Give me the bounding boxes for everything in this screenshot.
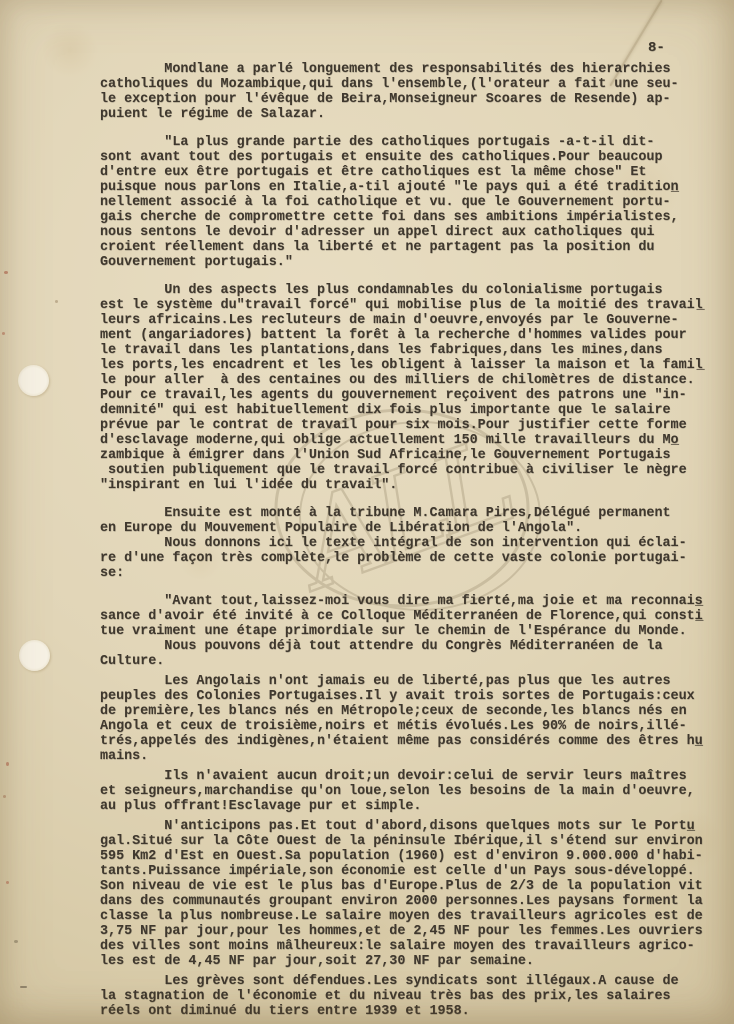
paragraph-portugal-economie: N'anticipons pas.Et tout d'abord,disons … xyxy=(100,819,725,969)
paragraph-quote-catholiques: "La plus grande partie des catholiques p… xyxy=(100,135,725,270)
paper-speck xyxy=(3,795,6,798)
hole-punch-bottom xyxy=(19,640,50,671)
paragraph-angolais-liberte: Les Angolais n'ont jamais eu de liberté,… xyxy=(100,674,725,764)
paragraph-camara-pires: Ensuite est monté à la tribune M.Camara … xyxy=(100,506,725,536)
paragraph-mondlane-hierarchies: Mondlane a parlé longuement des responsa… xyxy=(100,62,725,122)
paper-speck xyxy=(20,986,27,988)
paper-speck xyxy=(2,332,5,335)
paper-speck xyxy=(6,762,9,766)
paragraph-greves-salaires: Les grèves sont défendues.Les syndicats … xyxy=(100,974,725,1019)
page-number: 8- xyxy=(648,40,665,56)
paper-speck xyxy=(6,881,9,884)
paragraph-travail-force: Un des aspects les plus condamnables du … xyxy=(100,283,725,493)
paragraph-esclavage: Ils n'avaient aucun droit;un devoir:celu… xyxy=(100,769,725,814)
hole-punch-top xyxy=(18,365,49,396)
paper-speck xyxy=(55,300,58,303)
document-body: Mondlane a parlé longuement des responsa… xyxy=(100,62,725,1019)
scanned-document-page: ALL 8- Mondlane a parlé longuement des r… xyxy=(0,0,734,1024)
paper-speck xyxy=(4,271,8,274)
paper-speck xyxy=(14,940,18,943)
paragraph-texte-integral: Nous donnons ici le texte intégral de so… xyxy=(100,536,725,581)
paragraph-congres-culture: Nous pouvons déjà tout attendre du Congr… xyxy=(100,639,725,669)
paragraph-avant-tout: "Avant tout,laissez-moi vous dire ma fie… xyxy=(100,594,725,639)
